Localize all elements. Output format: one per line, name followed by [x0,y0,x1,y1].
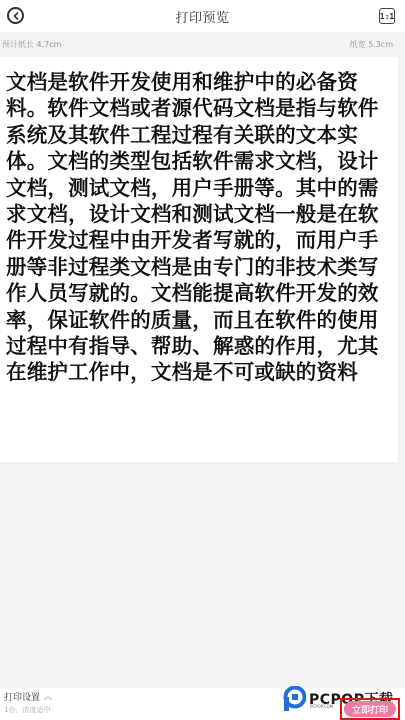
paper-preview: 文档是软件开发使用和维护中的必备资料。软件文档或者源代码文档是指与软件系统及其软… [0,57,398,462]
print-settings-label: 打印设置 [4,690,40,703]
document-text: 文档是软件开发使用和维护中的必备资料。软件文档或者源代码文档是指与软件系统及其软… [6,69,392,386]
paper-info-bar: 预计纸长 4.7cm 纸宽 5.3cm [0,32,405,56]
back-button[interactable] [7,7,24,24]
actual-size-button[interactable]: 1:1 [379,8,395,24]
top-bar: 打印预览 1:1 [0,0,405,32]
print-settings-summary: 1份、浓度适中 [4,705,52,715]
highlight-box: 立即打印 [340,698,400,720]
page-title: 打印预览 [175,7,229,26]
estimated-length: 预计纸长 4.7cm [2,39,61,50]
chevron-left-icon [12,12,20,20]
preview-canvas: 预计纸长 4.7cm 纸宽 5.3cm 文档是软件开发使用和维护中的必备资料。软… [0,32,405,688]
print-now-button[interactable]: 立即打印 [344,701,396,717]
chevron-up-icon: ︿ [44,691,52,702]
paper-width: 纸宽 5.3cm [350,39,393,50]
print-settings-toggle[interactable]: 打印设置 ︿ 1份、浓度适中 [4,690,52,715]
